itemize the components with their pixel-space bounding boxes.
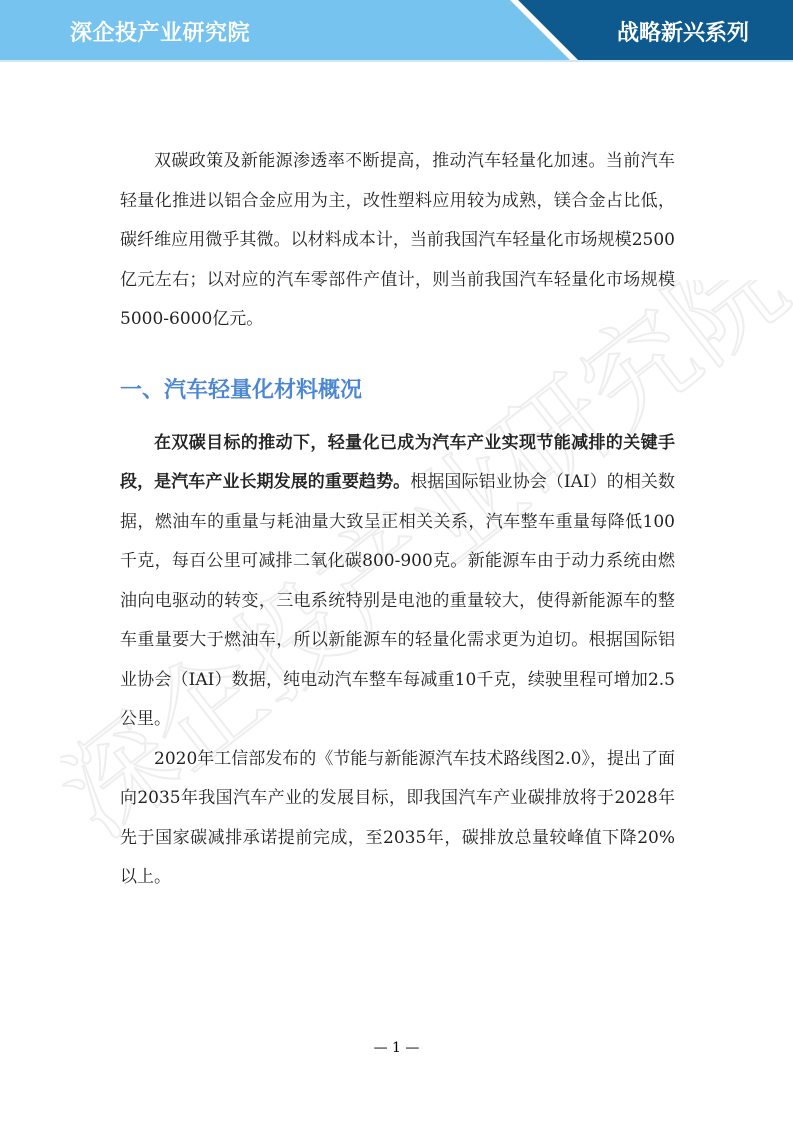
series-title: 战略新兴系列	[617, 16, 749, 47]
section-paragraph-1: 在双碳目标的推动下，轻量化已成为汽车产业实现节能减排的关键手段，是汽车产业长期发…	[120, 424, 675, 740]
header-bottom-line	[0, 60, 793, 62]
document-body: 双碳政策及新能源渗透率不断提高，推动汽车轻量化加速。当前汽车轻量化推进以铝合金应…	[120, 142, 675, 898]
page-number: — 1 —	[0, 1040, 793, 1056]
org-title: 深企投产业研究院	[70, 16, 250, 47]
section-paragraph-2: 2020年工信部发布的《节能与新能源汽车技术路线图2.0》，提出了面向2035年…	[120, 740, 675, 898]
page-header: 深企投产业研究院 战略新兴系列	[0, 0, 793, 62]
intro-paragraph: 双碳政策及新能源渗透率不断提高，推动汽车轻量化加速。当前汽车轻量化推进以铝合金应…	[120, 142, 675, 340]
section-heading: 一、汽车轻量化材料概况	[120, 376, 675, 406]
supporting-text: 根据国际铝业协会（IAI）的相关数据，燃油车的重量与耗油量大致呈正相关关系，汽车…	[120, 472, 675, 729]
